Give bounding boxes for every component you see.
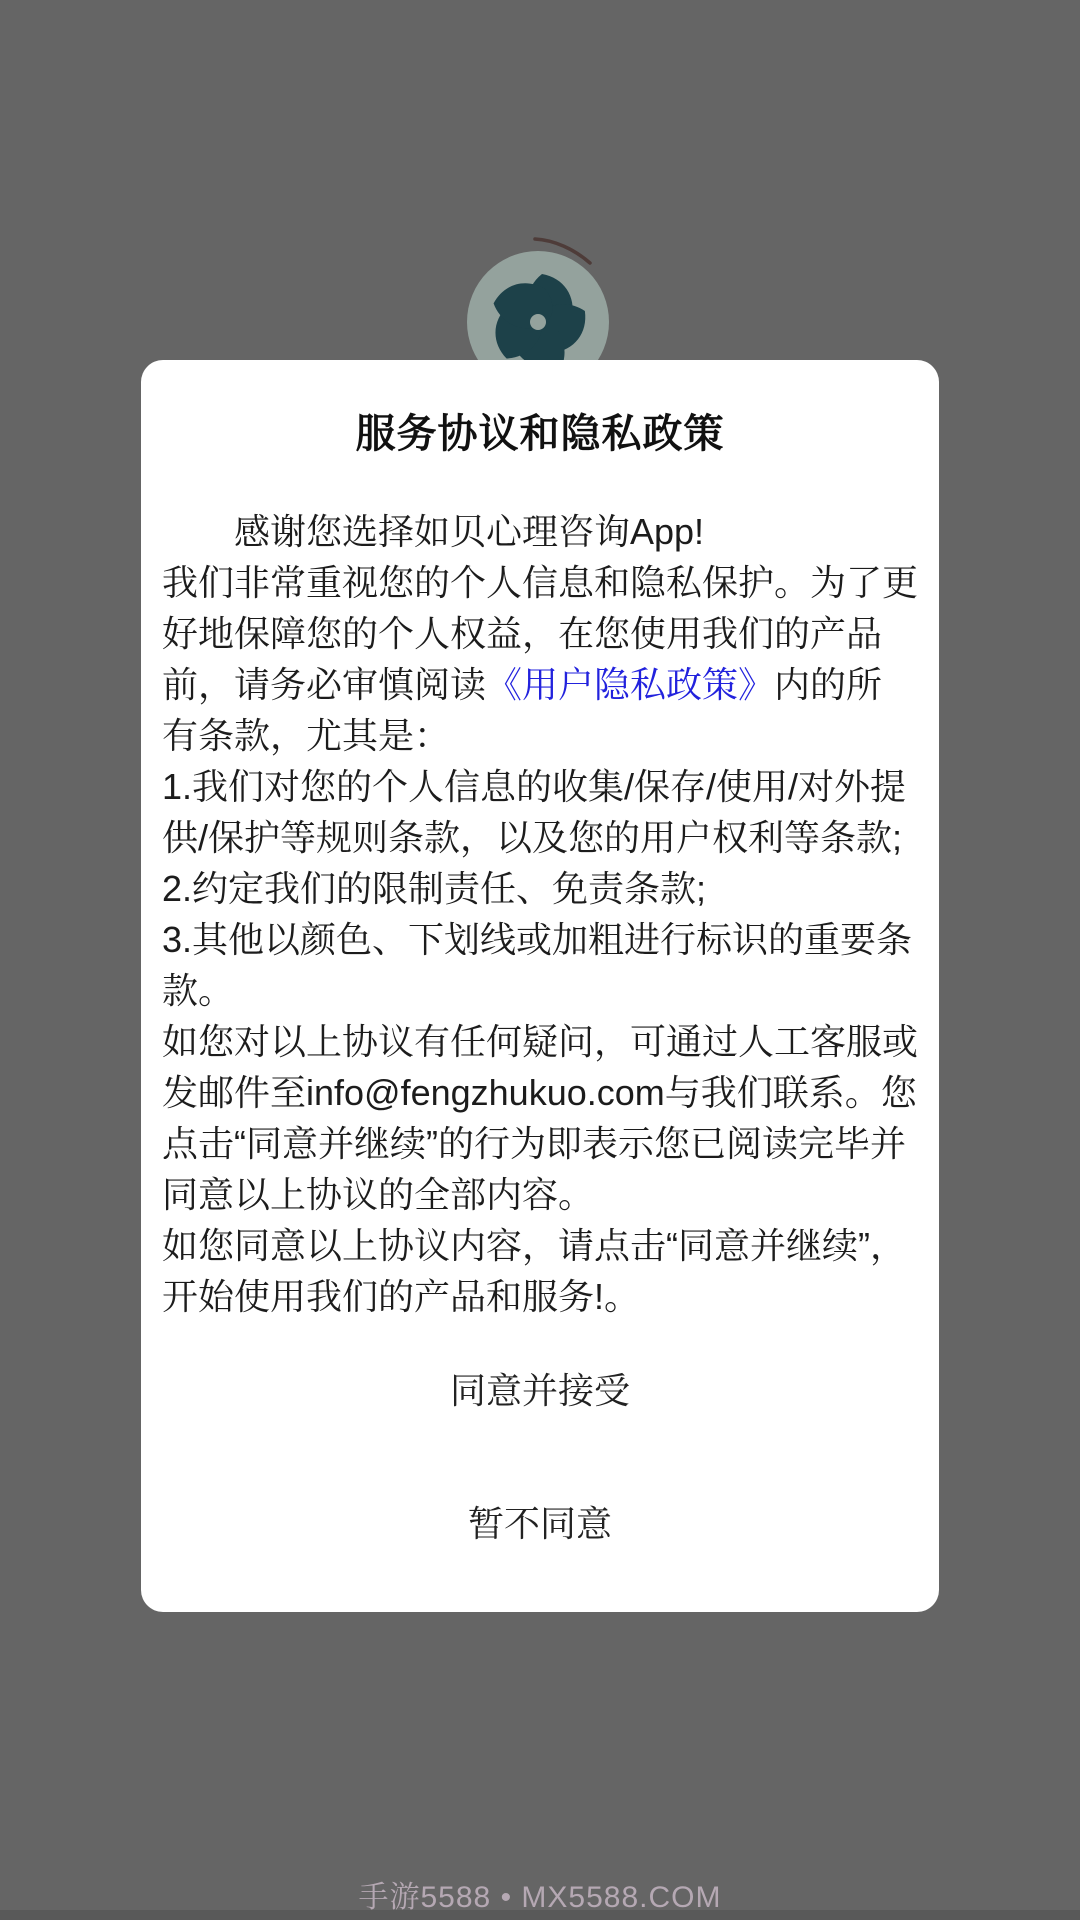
- closing-paragraph: 如您同意以上协议内容，请点击“同意并继续”，开始使用我们的产品和服务!。: [162, 1220, 918, 1322]
- policy-paragraph: 我们非常重视您的个人信息和隐私保护。为了更好地保障您的个人权益，在您使用我们的产…: [162, 557, 918, 761]
- agree-button[interactable]: 同意并接受: [141, 1365, 939, 1416]
- app-logo: [462, 232, 622, 360]
- clause-item-3: 3.其他以颜色、下划线或加粗进行标识的重要条款。: [162, 914, 918, 1016]
- disagree-button[interactable]: 暂不同意: [141, 1498, 939, 1549]
- intro-paragraph: 感谢您选择如贝心理咨询App!: [162, 506, 918, 557]
- clause-item-2: 2.约定我们的限制责任、免责条款;: [162, 863, 918, 914]
- bottom-band: [0, 1910, 1080, 1920]
- clause-item-1: 1.我们对您的个人信息的收集/保存/使用/对外提供/保护等规则条款，以及您的用户…: [162, 761, 918, 863]
- privacy-policy-link[interactable]: 《用户隐私政策》: [486, 664, 774, 705]
- dialog-body: 感谢您选择如贝心理咨询App! 我们非常重视您的个人信息和隐私保护。为了更好地保…: [141, 506, 939, 1322]
- contact-paragraph: 如您对以上协议有任何疑问，可通过人工客服或发邮件至info@fengzhukuo…: [162, 1016, 918, 1220]
- splash-screen: 服务协议和隐私政策 感谢您选择如贝心理咨询App! 我们非常重视您的个人信息和隐…: [0, 0, 1080, 1920]
- dialog-title: 服务协议和隐私政策: [141, 410, 939, 458]
- swirl-logo-icon: [462, 232, 622, 360]
- privacy-dialog: 服务协议和隐私政策 感谢您选择如贝心理咨询App! 我们非常重视您的个人信息和隐…: [141, 360, 939, 1612]
